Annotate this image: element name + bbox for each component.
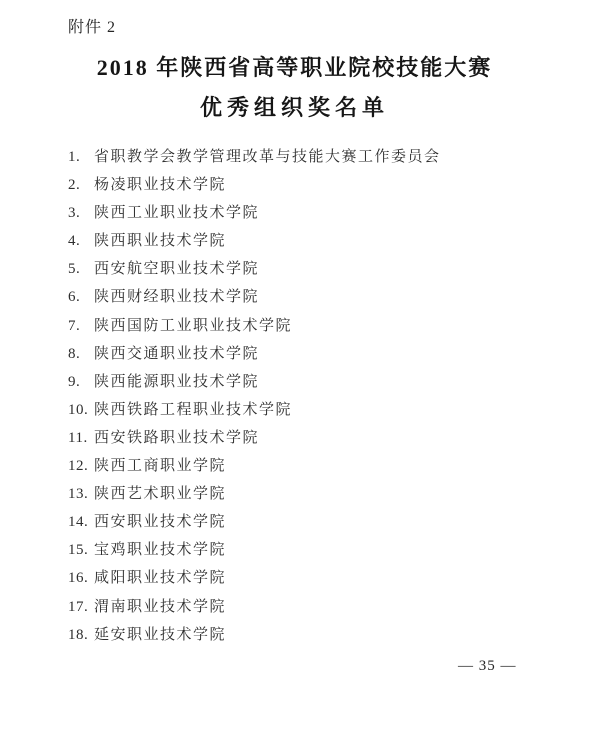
list-item: 18. 延安职业技术学院	[68, 621, 548, 649]
list-item-text: 陕西工商职业学院	[94, 452, 226, 480]
list-item-number: 17.	[68, 593, 94, 621]
list-item-number: 18.	[68, 621, 94, 649]
list-item-number: 6.	[68, 283, 94, 311]
list-item: 5. 西安航空职业技术学院	[68, 255, 548, 283]
list-item: 8. 陕西交通职业技术学院	[68, 340, 548, 368]
list-item: 1. 省职教学会教学管理改革与技能大赛工作委员会	[68, 143, 548, 171]
document-title-line1: 2018 年陕西省高等职业院校技能大赛	[0, 51, 589, 82]
attachment-label: 附件 2	[68, 14, 116, 37]
page-number: — 35 —	[458, 658, 517, 675]
list-item-number: 16.	[68, 564, 94, 592]
list-item: 11. 西安铁路职业技术学院	[68, 424, 548, 452]
list-item-text: 西安职业技术学院	[94, 508, 226, 536]
list-item-text: 杨凌职业技术学院	[94, 171, 226, 199]
list-item: 17. 渭南职业技术学院	[68, 593, 548, 621]
list-item-number: 5.	[68, 255, 94, 283]
list-item-text: 陕西艺术职业学院	[94, 480, 226, 508]
list-item: 9. 陕西能源职业技术学院	[68, 368, 548, 396]
list-item-text: 渭南职业技术学院	[94, 593, 226, 621]
list-item-text: 宝鸡职业技术学院	[94, 536, 226, 564]
list-item-number: 14.	[68, 508, 94, 536]
list-item-number: 10.	[68, 396, 94, 424]
list-item-number: 8.	[68, 340, 94, 368]
list-item-number: 9.	[68, 368, 94, 396]
list-item-number: 15.	[68, 536, 94, 564]
document-page: 附件 2 2018 年陕西省高等职业院校技能大赛 优秀组织奖名单 1. 省职教学…	[0, 0, 589, 739]
list-item-text: 陕西能源职业技术学院	[94, 368, 259, 396]
list-item-number: 4.	[68, 227, 94, 255]
list-item-text: 陕西国防工业职业技术学院	[94, 312, 292, 340]
list-item-text: 省职教学会教学管理改革与技能大赛工作委员会	[94, 143, 441, 171]
list-item-number: 13.	[68, 480, 94, 508]
list-item-text: 陕西职业技术学院	[94, 227, 226, 255]
list-item: 13. 陕西艺术职业学院	[68, 480, 548, 508]
award-winner-list: 1. 省职教学会教学管理改革与技能大赛工作委员会 2. 杨凌职业技术学院 3. …	[68, 143, 548, 649]
list-item-text: 咸阳职业技术学院	[94, 564, 226, 592]
list-item: 7. 陕西国防工业职业技术学院	[68, 312, 548, 340]
list-item: 16. 咸阳职业技术学院	[68, 564, 548, 592]
list-item: 4. 陕西职业技术学院	[68, 227, 548, 255]
list-item-number: 12.	[68, 452, 94, 480]
list-item: 10. 陕西铁路工程职业技术学院	[68, 396, 548, 424]
list-item-number: 3.	[68, 199, 94, 227]
list-item-text: 西安航空职业技术学院	[94, 255, 259, 283]
list-item: 3. 陕西工业职业技术学院	[68, 199, 548, 227]
list-item: 14. 西安职业技术学院	[68, 508, 548, 536]
list-item-text: 陕西铁路工程职业技术学院	[94, 396, 292, 424]
list-item: 12. 陕西工商职业学院	[68, 452, 548, 480]
list-item: 15. 宝鸡职业技术学院	[68, 536, 548, 564]
list-item-text: 陕西交通职业技术学院	[94, 340, 259, 368]
list-item-text: 西安铁路职业技术学院	[94, 424, 259, 452]
list-item-number: 2.	[68, 171, 94, 199]
list-item-text: 延安职业技术学院	[94, 621, 226, 649]
list-item-text: 陕西财经职业技术学院	[94, 283, 259, 311]
list-item: 2. 杨凌职业技术学院	[68, 171, 548, 199]
list-item-number: 11.	[68, 424, 94, 452]
list-item-number: 1.	[68, 143, 94, 171]
list-item-text: 陕西工业职业技术学院	[94, 199, 259, 227]
document-title-line2: 优秀组织奖名单	[0, 91, 589, 122]
list-item-number: 7.	[68, 312, 94, 340]
list-item: 6. 陕西财经职业技术学院	[68, 283, 548, 311]
